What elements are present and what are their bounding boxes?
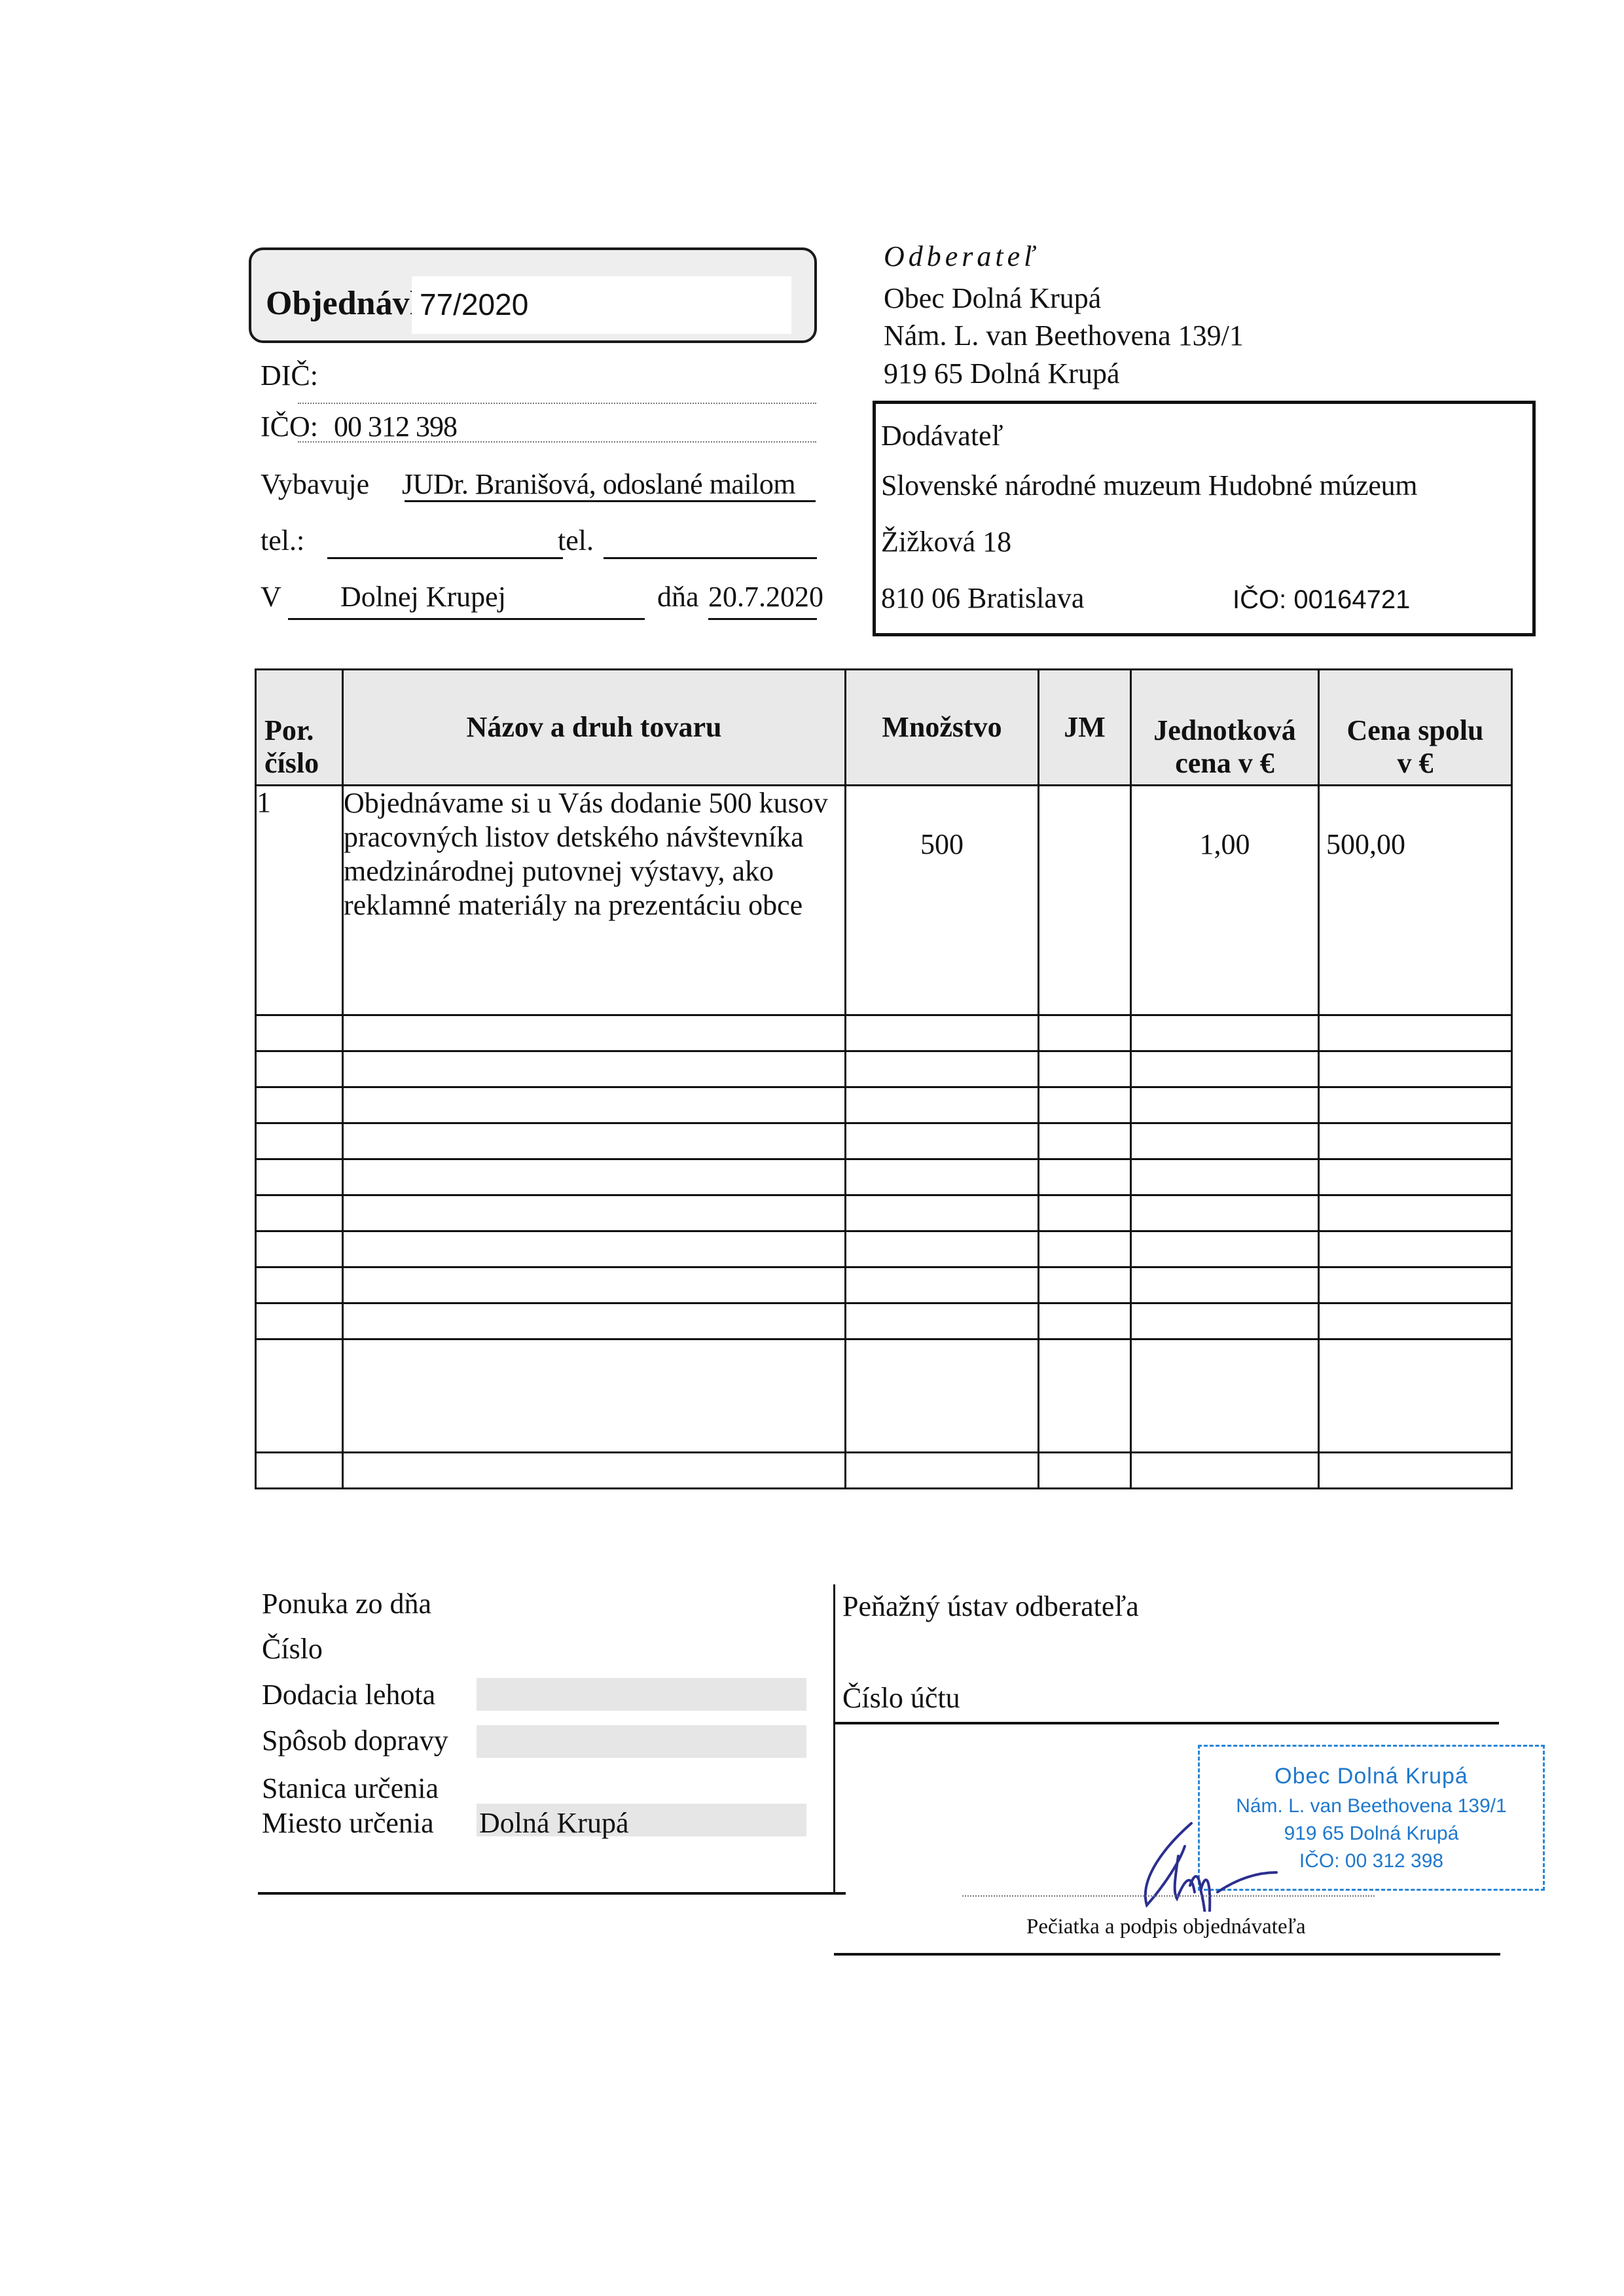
- cell-unit-price[interactable]: [1131, 1303, 1319, 1339]
- cell-quantity[interactable]: [846, 1051, 1039, 1087]
- cell-unit[interactable]: [1039, 1159, 1131, 1195]
- cell-total[interactable]: [1319, 1051, 1512, 1087]
- cell-quantity[interactable]: [846, 1231, 1039, 1267]
- table-row: [256, 1339, 1512, 1453]
- cell-unit-price[interactable]: [1131, 1123, 1319, 1159]
- cell-unit[interactable]: [1039, 1453, 1131, 1489]
- cell-total[interactable]: [1319, 1015, 1512, 1051]
- table-row: [256, 1159, 1512, 1195]
- cell-unit-price[interactable]: [1131, 1015, 1319, 1051]
- cell-number[interactable]: [256, 1195, 343, 1231]
- cell-quantity[interactable]: [846, 1159, 1039, 1195]
- bottom-left-rule: [258, 1892, 846, 1895]
- cell-total[interactable]: 500,00: [1319, 786, 1512, 1015]
- table-row: [256, 1453, 1512, 1489]
- cell-number[interactable]: [256, 1123, 343, 1159]
- cell-unit-price[interactable]: 1,00: [1131, 786, 1319, 1015]
- destination-label: Miesto určenia: [262, 1809, 434, 1838]
- cell-quantity[interactable]: [846, 1267, 1039, 1303]
- cell-number[interactable]: [256, 1267, 343, 1303]
- cell-quantity[interactable]: [846, 1339, 1039, 1453]
- destination-value[interactable]: Dolná Krupá: [479, 1809, 629, 1838]
- place-label: V: [261, 583, 281, 611]
- cell-quantity[interactable]: 500: [846, 786, 1039, 1015]
- cell-name[interactable]: [343, 1231, 846, 1267]
- cell-unit[interactable]: [1039, 1051, 1131, 1087]
- table-row: [256, 1087, 1512, 1123]
- cell-unit-price[interactable]: [1131, 1087, 1319, 1123]
- cell-number[interactable]: [256, 1303, 343, 1339]
- cell-unit-price[interactable]: [1131, 1453, 1319, 1489]
- cell-unit[interactable]: [1039, 1087, 1131, 1123]
- offer-date-label: Ponuka zo dňa: [262, 1590, 431, 1618]
- tel2-label: tel.: [558, 526, 594, 555]
- handled-by-underline: [405, 500, 816, 502]
- table-header-row: Por.číslo Názov a druh tovaru Množstvo J…: [256, 670, 1512, 786]
- account-rule: [834, 1722, 1499, 1724]
- buyer-name: Obec Dolná Krupá: [884, 284, 1101, 313]
- table-row: [256, 1267, 1512, 1303]
- cell-unit-price[interactable]: [1131, 1231, 1319, 1267]
- supplier-name: Slovenské národné muzeum Hudobné múzeum: [881, 471, 1417, 500]
- date-label: dňa: [657, 583, 699, 611]
- cell-unit[interactable]: [1039, 1015, 1131, 1051]
- cell-name[interactable]: [343, 1453, 846, 1489]
- date-value[interactable]: 20.7.2020: [708, 583, 823, 611]
- dic-label: DIČ:: [261, 361, 318, 390]
- table-row: [256, 1123, 1512, 1159]
- cell-total[interactable]: [1319, 1339, 1512, 1453]
- cell-name[interactable]: [343, 1051, 846, 1087]
- cell-total[interactable]: [1319, 1123, 1512, 1159]
- cell-unit[interactable]: [1039, 1267, 1131, 1303]
- cell-total[interactable]: [1319, 1267, 1512, 1303]
- cell-number[interactable]: [256, 1231, 343, 1267]
- ico-dotted-line: [298, 441, 816, 443]
- col-header-quantity: Množstvo: [846, 670, 1039, 786]
- cell-name[interactable]: [343, 1339, 846, 1453]
- cell-number[interactable]: 1: [256, 786, 343, 1015]
- cell-unit[interactable]: [1039, 1231, 1131, 1267]
- tel1-label: tel.:: [261, 526, 304, 555]
- bank-label: Peňažný ústav odberateľa: [842, 1592, 1139, 1621]
- col-header-unit: JM: [1039, 670, 1131, 786]
- table-row: [256, 1051, 1512, 1087]
- bottom-divider: [833, 1584, 835, 1893]
- col-header-unit-price: Jednotkovácena v €: [1131, 670, 1319, 786]
- cell-number[interactable]: [256, 1339, 343, 1453]
- cell-unit-price[interactable]: [1131, 1267, 1319, 1303]
- cell-unit[interactable]: [1039, 1195, 1131, 1231]
- signature-dotted-line: [962, 1895, 1375, 1897]
- cell-number[interactable]: [256, 1453, 343, 1489]
- cell-name[interactable]: [343, 1267, 846, 1303]
- cell-quantity[interactable]: [846, 1123, 1039, 1159]
- ico-value[interactable]: 00 312 398: [334, 412, 457, 441]
- handled-by-label: Vybavuje: [261, 470, 369, 499]
- items-table: Por.číslo Názov a druh tovaru Množstvo J…: [255, 668, 1513, 1489]
- bottom-right-rule: [834, 1953, 1500, 1956]
- col-header-number: Por.číslo: [256, 670, 343, 786]
- cell-quantity[interactable]: [846, 1453, 1039, 1489]
- cell-unit-price[interactable]: [1131, 1339, 1319, 1453]
- dic-dotted-line: [298, 403, 816, 404]
- transport-field[interactable]: [477, 1725, 806, 1758]
- col-header-name: Názov a druh tovaru: [343, 670, 846, 786]
- cell-name[interactable]: [343, 1123, 846, 1159]
- cell-total[interactable]: [1319, 1453, 1512, 1489]
- table-row: [256, 1015, 1512, 1051]
- cell-unit[interactable]: [1039, 1339, 1131, 1453]
- station-label: Stanica určenia: [262, 1774, 439, 1803]
- date-underline: [708, 618, 817, 620]
- supplier-heading: Dodávateľ: [881, 422, 1003, 450]
- cell-name[interactable]: Objednávame si u Vás dodanie 500 kusov p…: [343, 786, 846, 1015]
- cell-number[interactable]: [256, 1087, 343, 1123]
- cell-unit[interactable]: [1039, 1123, 1131, 1159]
- number-label: Číslo: [262, 1635, 323, 1664]
- supplier-street: Žižková 18: [881, 528, 1011, 556]
- cell-total[interactable]: [1319, 1087, 1512, 1123]
- cell-quantity[interactable]: [846, 1087, 1039, 1123]
- buyer-street: Nám. L. van Beethovena 139/1: [884, 321, 1244, 350]
- order-number-field[interactable]: 77/2020: [412, 276, 791, 334]
- cell-name[interactable]: [343, 1195, 846, 1231]
- col-header-total: Cena spoluv €: [1319, 670, 1512, 786]
- cell-total[interactable]: [1319, 1159, 1512, 1195]
- place-value[interactable]: Dolnej Krupej: [340, 583, 506, 611]
- handled-by-value[interactable]: JUDr. Branišová, odoslané mailom: [402, 470, 795, 499]
- tel1-underline: [327, 557, 563, 559]
- supplier-city: 810 06 Bratislava: [881, 584, 1084, 613]
- cell-unit-price[interactable]: [1131, 1159, 1319, 1195]
- buyer-city: 919 65 Dolná Krupá: [884, 359, 1120, 388]
- cell-quantity[interactable]: [846, 1015, 1039, 1051]
- transport-label: Spôsob dopravy: [262, 1726, 448, 1755]
- place-underline: [288, 618, 645, 620]
- cell-quantity[interactable]: [846, 1303, 1039, 1339]
- account-label: Číslo účtu: [842, 1684, 960, 1713]
- cell-total[interactable]: [1319, 1303, 1512, 1339]
- cell-name[interactable]: [343, 1087, 846, 1123]
- order-number-box: Objednávka č: 77/2020: [249, 247, 817, 343]
- table-row: 1 Objednávame si u Vás dodanie 500 kusov…: [256, 786, 1512, 1015]
- cell-unit[interactable]: [1039, 1303, 1131, 1339]
- delivery-term-field[interactable]: [477, 1678, 806, 1711]
- table-row: [256, 1195, 1512, 1231]
- cell-name[interactable]: [343, 1303, 846, 1339]
- cell-total[interactable]: [1319, 1231, 1512, 1267]
- cell-quantity[interactable]: [846, 1195, 1039, 1231]
- cell-number[interactable]: [256, 1051, 343, 1087]
- stamp-line-name: Obec Dolná Krupá: [1200, 1765, 1543, 1787]
- cell-name[interactable]: [343, 1015, 846, 1051]
- cell-unit-price[interactable]: [1131, 1195, 1319, 1231]
- table-row: [256, 1303, 1512, 1339]
- order-number-value: 77/2020: [420, 287, 528, 322]
- cell-number[interactable]: [256, 1015, 343, 1051]
- cell-name[interactable]: [343, 1159, 846, 1195]
- cell-unit-price[interactable]: [1131, 1051, 1319, 1087]
- buyer-heading: Odberateľ: [884, 242, 1038, 271]
- cell-total[interactable]: [1319, 1195, 1512, 1231]
- delivery-term-label: Dodacia lehota: [262, 1681, 435, 1709]
- signature-caption: Pečiatka a podpis objednávateľa: [1026, 1915, 1306, 1939]
- supplier-ico: IČO: 00164721: [1233, 585, 1410, 615]
- cell-unit[interactable]: [1039, 786, 1131, 1015]
- cell-number[interactable]: [256, 1159, 343, 1195]
- table-row: [256, 1231, 1512, 1267]
- tel2-underline: [604, 557, 817, 559]
- ico-label: IČO:: [261, 412, 318, 441]
